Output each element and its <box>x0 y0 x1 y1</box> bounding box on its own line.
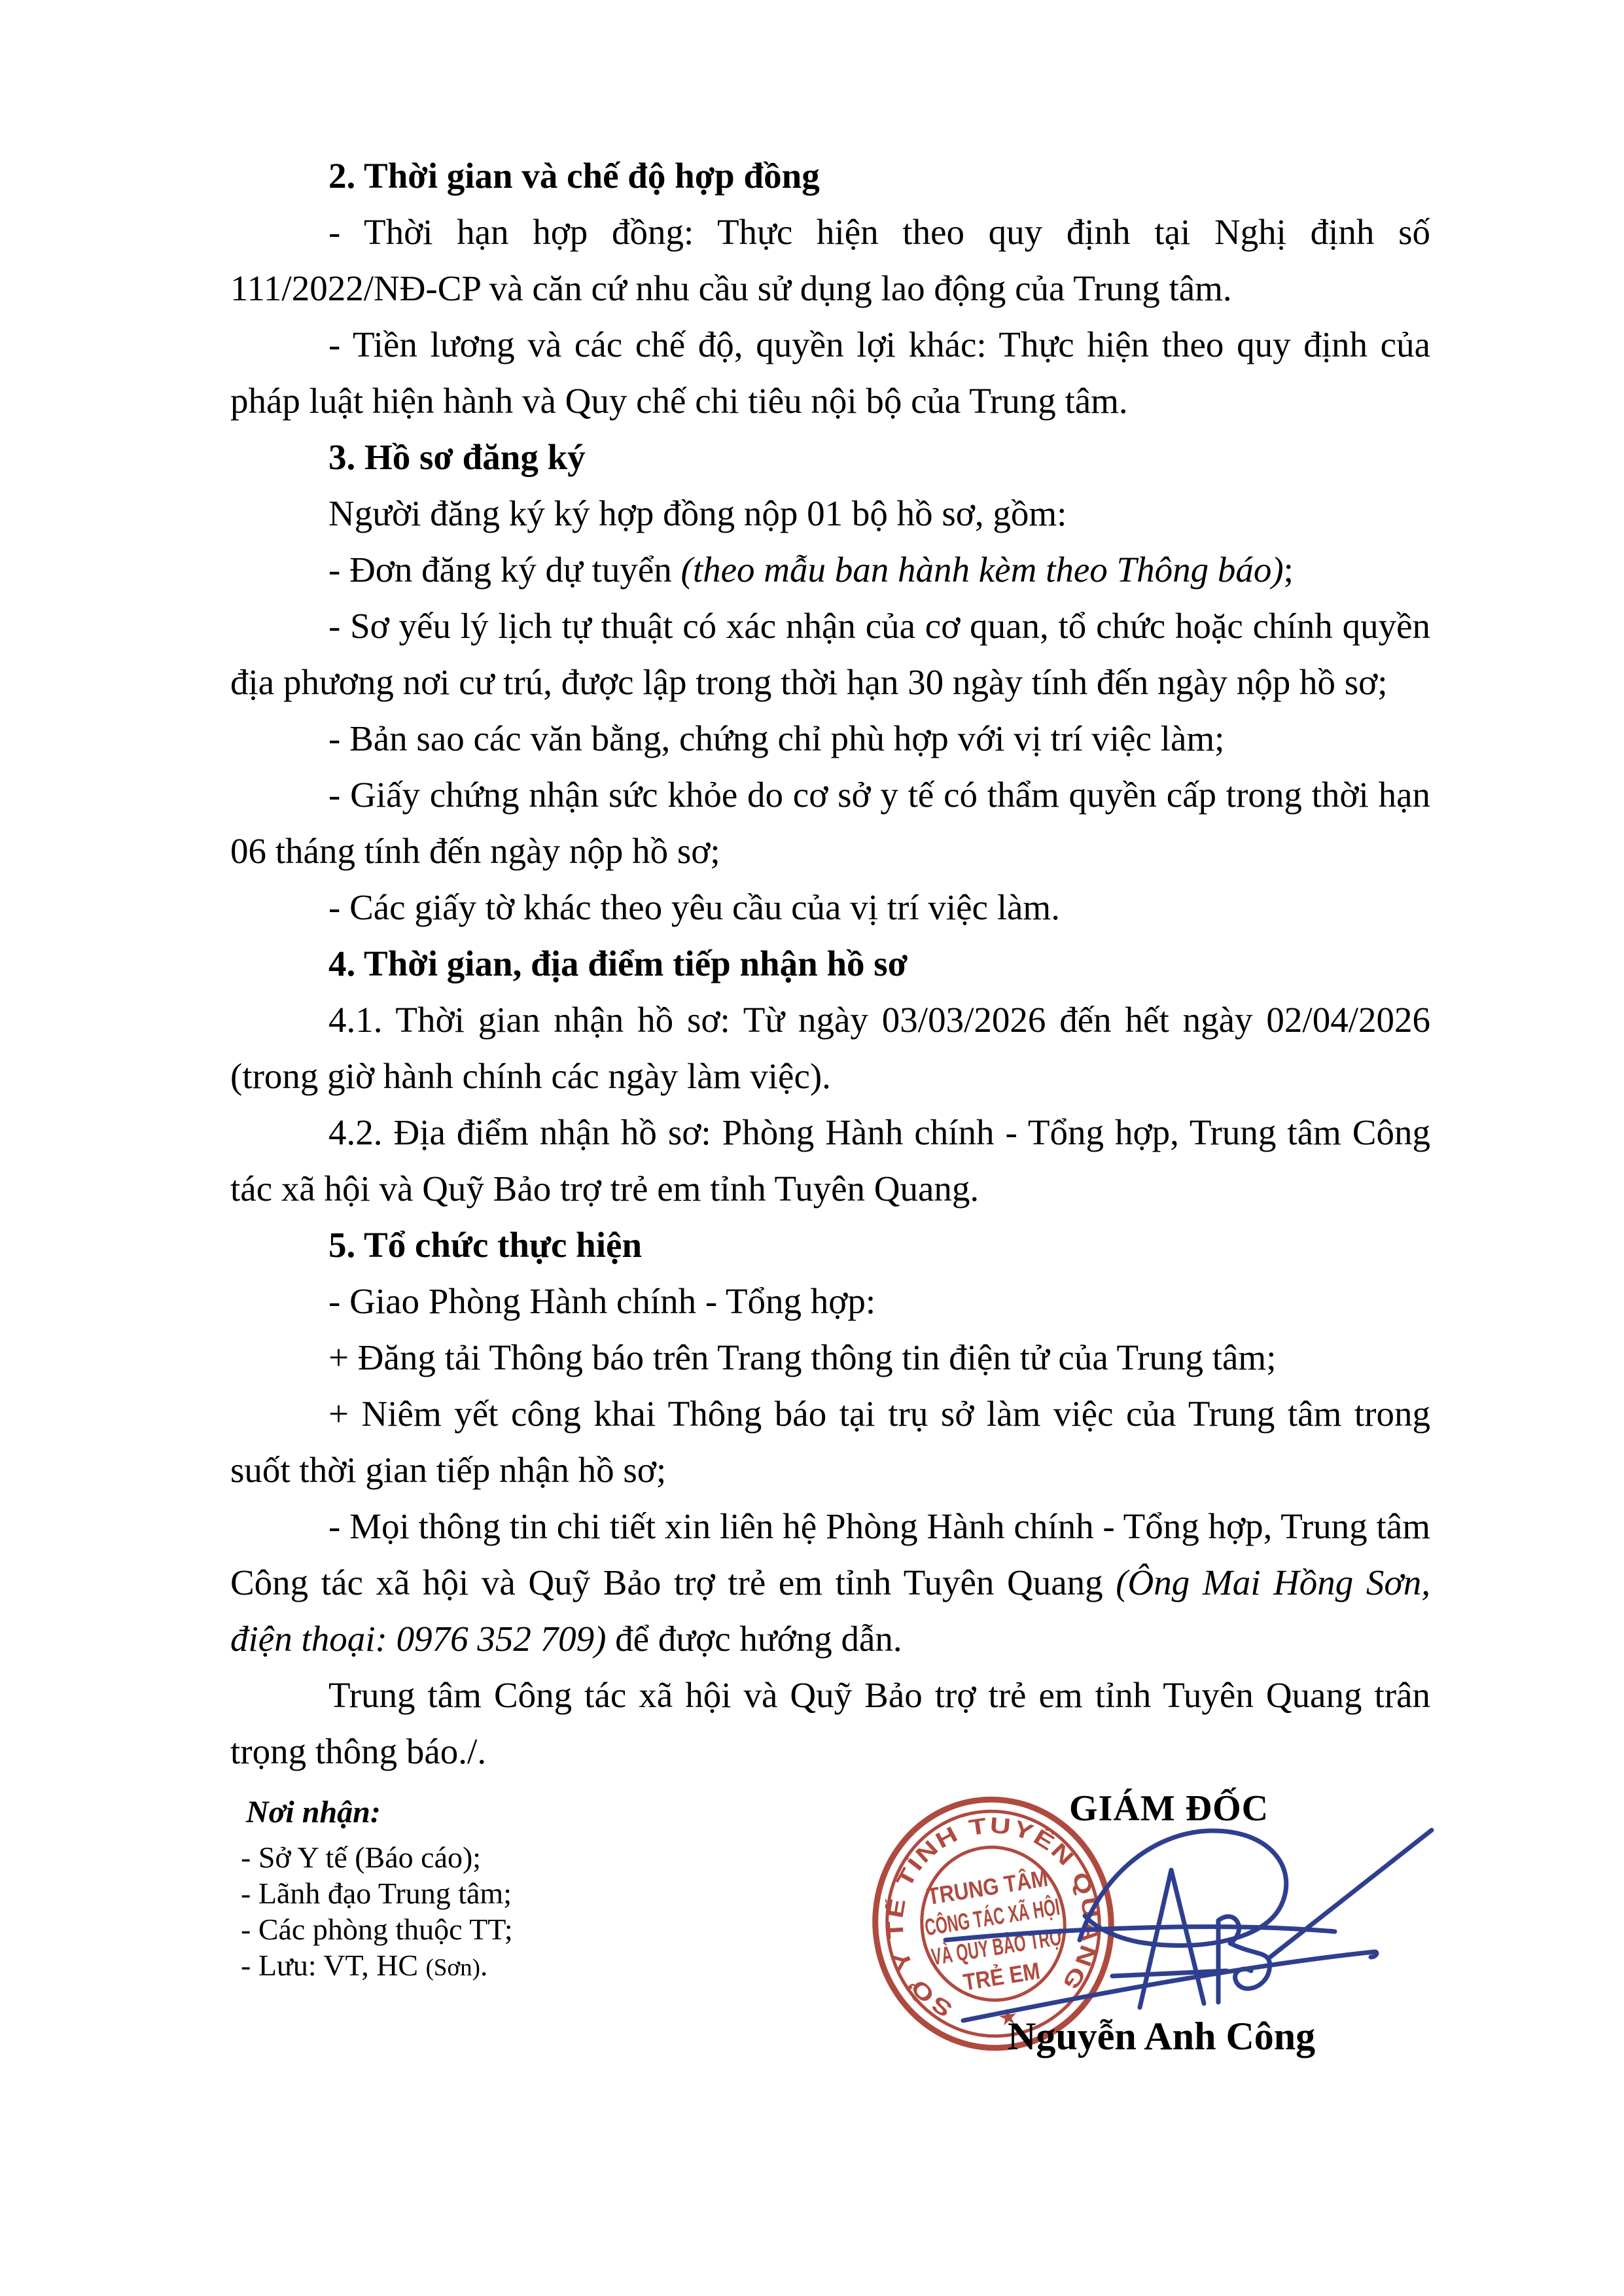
section-4-heading: 4. Thời gian, địa điểm tiếp nhận hồ sơ <box>230 936 1430 992</box>
para-publish-website: + Đăng tải Thông báo trên Trang thông ti… <box>230 1330 1430 1386</box>
para-4-2-place: 4.2. Địa điểm nhận hồ sơ: Phòng Hành chí… <box>230 1104 1430 1217</box>
item-health-certificate: - Giấy chứng nhận sức khỏe do cơ sở y tế… <box>230 767 1430 879</box>
section-5-heading: 5. Tổ chức thực hiện <box>230 1217 1430 1273</box>
recipients-title: Nơi nhận: <box>246 1794 513 1830</box>
recipient-item: - Lãnh đạo Trung tâm; <box>241 1875 513 1911</box>
para-salary: - Tiền lương và các chế độ, quyền lợi kh… <box>230 317 1430 429</box>
para-assign: - Giao Phòng Hành chính - Tổng hợp: <box>230 1273 1430 1330</box>
recipient-luu-text: - Lưu: VT, HC <box>241 1949 426 1982</box>
para-dossier-intro: Người đăng ký ký hợp đồng nộp 01 bộ hồ s… <box>230 486 1430 542</box>
item-application-form-text: - Đơn đăng ký dự tuyển <box>328 550 681 590</box>
para-contract-term: - Thời hạn hợp đồng: Thực hiện theo quy … <box>230 204 1430 317</box>
item-other-papers: - Các giấy tờ khác theo yêu cầu của vị t… <box>230 879 1430 936</box>
recipient-luu-end: . <box>480 1949 488 1982</box>
para-4-1-time: 4.1. Thời gian nhận hồ sơ: Từ ngày 03/03… <box>230 992 1430 1104</box>
recipient-luu-small: (Sơn) <box>426 1954 480 1981</box>
signature-stroke-mid-horizontal <box>945 1927 1335 1940</box>
document-page: 2. Thời gian và chế độ hợp đồng - Thời h… <box>0 0 1624 2296</box>
item-degrees: - Bản sao các văn bằng, chứng chỉ phù hợ… <box>230 711 1430 767</box>
item-application-form-note: (theo mẫu ban hành kèm theo Thông báo) <box>681 550 1284 590</box>
item-application-form-end: ; <box>1284 550 1294 590</box>
recipients-block: Nơi nhận: - Sở Y tế (Báo cáo); - Lãnh đạ… <box>241 1794 513 1986</box>
signature-stroke-diagonal <box>1269 1830 1432 1958</box>
para-contact: - Mọi thông tin chi tiết xin liên hệ Phò… <box>230 1498 1430 1667</box>
section-3-heading: 3. Hồ sơ đăng ký <box>230 429 1430 486</box>
signature-stroke-flourish <box>963 1952 1377 2021</box>
document-body: 2. Thời gian và chế độ hợp đồng - Thời h… <box>230 148 1430 1780</box>
recipient-item-luu: - Lưu: VT, HC (Sơn). <box>241 1947 513 1986</box>
signer-name: Nguyễn Anh Công <box>1008 2014 1315 2059</box>
para-contact-end: để được hướng dẫn. <box>606 1619 902 1659</box>
recipient-item: - Sở Y tế (Báo cáo); <box>241 1839 513 1875</box>
item-application-form: - Đơn đăng ký dự tuyển (theo mẫu ban hàn… <box>230 542 1430 598</box>
para-closing: Trung tâm Công tác xã hội và Quỹ Bảo trợ… <box>230 1667 1430 1780</box>
item-cv: - Sơ yếu lý lịch tự thuật có xác nhận củ… <box>230 598 1430 711</box>
section-2-heading: 2. Thời gian và chế độ hợp đồng <box>230 148 1430 204</box>
para-post-office: + Niêm yết công khai Thông báo tại trụ s… <box>230 1386 1430 1498</box>
recipient-item: - Các phòng thuộc TT; <box>241 1911 513 1947</box>
